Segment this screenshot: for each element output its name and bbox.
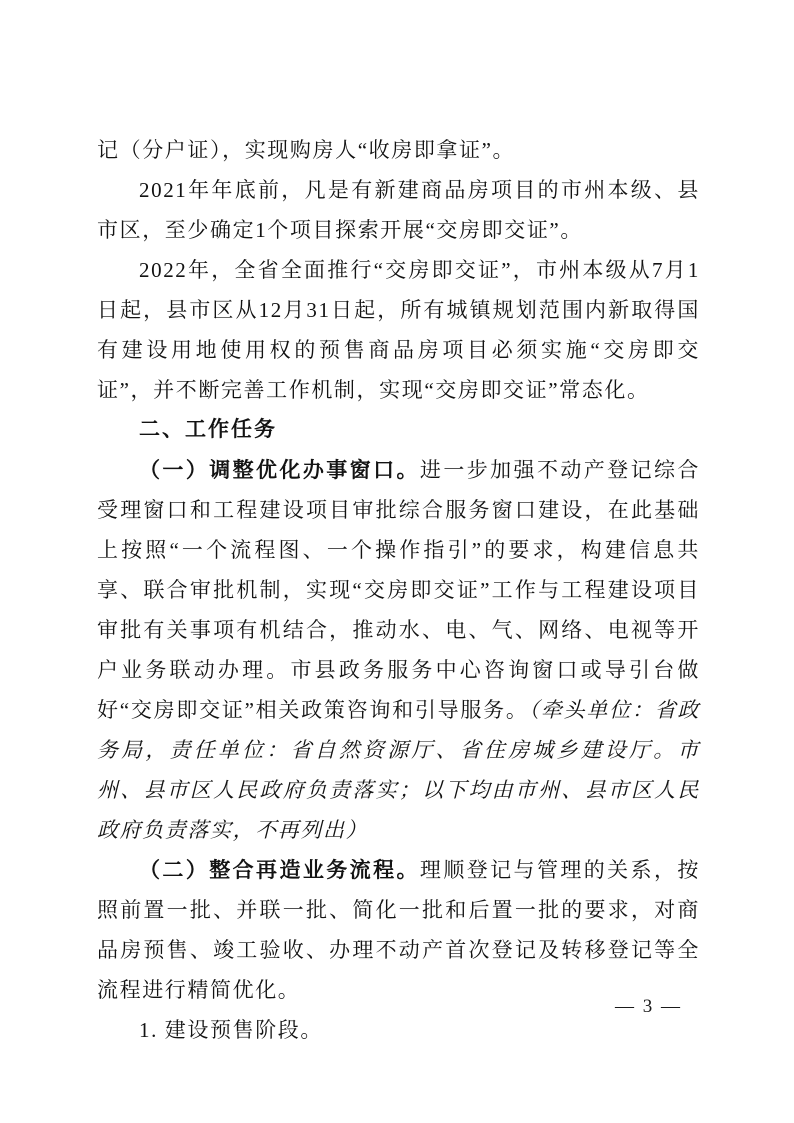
text-run: （一）调整优化办事窗口。 xyxy=(139,458,420,482)
paragraph: 记（分户证），实现购房人“收房即拿证”。 xyxy=(97,130,700,170)
text-run: 记（分户证），实现购房人“收房即拿证”。 xyxy=(97,138,515,162)
text-run: （二）整合再造业务流程。 xyxy=(139,858,420,882)
text-run: 二、工作任务 xyxy=(139,418,277,441)
paragraph: 2022年，全省全面推行“交房即交证”，市州本级从7月1日起，县市区从12月31… xyxy=(97,250,700,410)
paragraph: （一）调整优化办事窗口。进一步加强不动产登记综合受理窗口和工程建设项目审批综合服… xyxy=(97,450,700,850)
page-number: — 3 — xyxy=(615,992,682,1022)
text-run: 进一步加强不动产登记综合受理窗口和工程建设项目审批综合服务窗口建设，在此基础上按… xyxy=(97,458,700,722)
text-run: 2022年，全省全面推行“交房即交证”，市州本级从7月1日起，县市区从12月31… xyxy=(97,258,700,402)
paragraph: 1. 建设预售阶段。 xyxy=(97,1010,700,1050)
paragraph: （二）整合再造业务流程。理顺登记与管理的关系，按照前置一批、并联一批、简化一批和… xyxy=(97,850,700,1010)
text-run: 1. 建设预售阶段。 xyxy=(139,1018,323,1042)
document-body: 记（分户证），实现购房人“收房即拿证”。2021年年底前，凡是有新建商品房项目的… xyxy=(97,130,700,1050)
text-run: 2021年年底前，凡是有新建商品房项目的市州本级、县市区，至少确定1个项目探索开… xyxy=(97,178,700,242)
document-page: 记（分户证），实现购房人“收房即拿证”。2021年年底前，凡是有新建商品房项目的… xyxy=(0,0,794,1123)
paragraph: 2021年年底前，凡是有新建商品房项目的市州本级、县市区，至少确定1个项目探索开… xyxy=(97,170,700,250)
section-heading: 二、工作任务 xyxy=(97,410,700,450)
